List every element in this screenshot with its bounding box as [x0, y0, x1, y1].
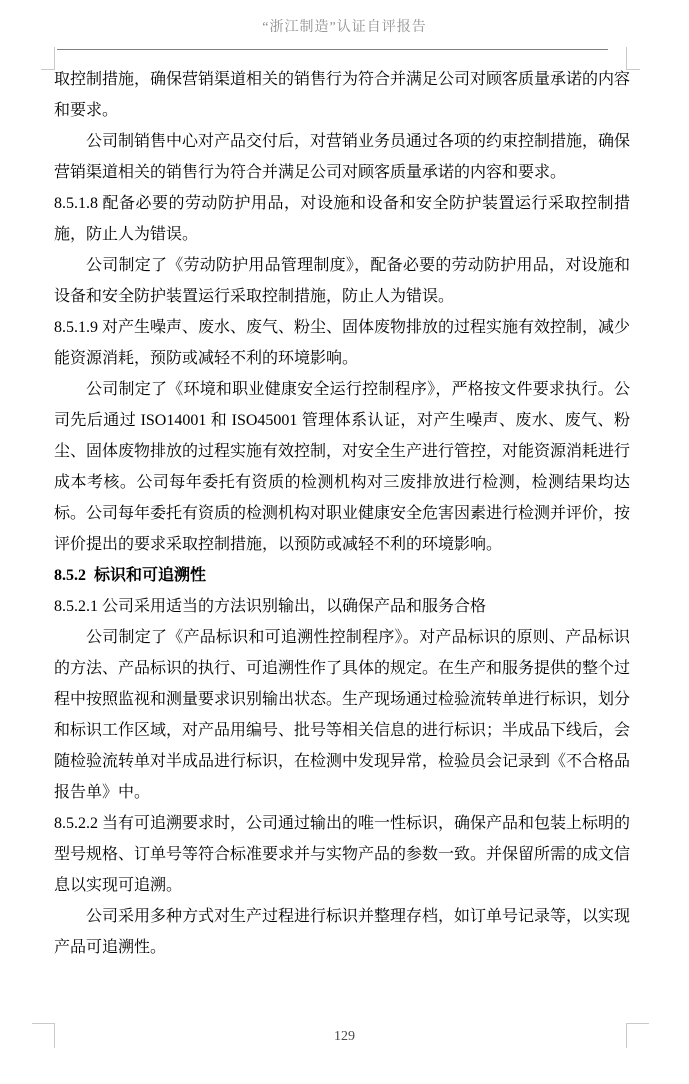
paragraph-indent: 公司制销售中心对产品交付后，对营销业务员通过各项的约束控制措施，确保营销渠道相关…	[54, 126, 630, 188]
page-number: 129	[0, 1029, 689, 1045]
paragraph-clause: 8.5.1.9 对产生噪声、废水、废气、粉尘、固体废物排放的过程实施有效控制，减…	[54, 312, 630, 374]
paragraph-indent: 公司采用多种方式对生产过程进行标识并整理存档，如订单号记录等，以实现产品可追溯性…	[54, 901, 630, 963]
paragraph-clause: 8.5.2.2 当有可追溯要求时，公司通过输出的唯一性标识，确保产品和包装上标明…	[54, 808, 630, 901]
header-rule	[57, 49, 608, 50]
paragraph-plain: 取控制措施，确保营销渠道相关的销售行为符合并满足公司对顾客质量承诺的内容和要求。	[54, 64, 630, 126]
margin-crop-mark-top-left	[41, 47, 55, 70]
paragraph-clause: 8.5.2.1 公司采用适当的方法识别输出，以确保产品和服务合格	[54, 591, 630, 622]
header-title: “浙江制造”认证自评报告	[0, 16, 689, 36]
paragraph-indent: 公司制定了《产品标识和可追溯性控制程序》。对产品标识的原则、产品标识的方法、产品…	[54, 622, 630, 808]
document-body: 取控制措施，确保营销渠道相关的销售行为符合并满足公司对顾客质量承诺的内容和要求。…	[54, 64, 630, 963]
paragraph-clause: 8.5.1.8 配备必要的劳动防护用品，对设施和设备和安全防护装置运行采取控制措…	[54, 188, 630, 250]
paragraph-heading: 8.5.2 标识和可追溯性	[54, 560, 630, 591]
paragraph-indent: 公司制定了《环境和职业健康安全运行控制程序》，严格按文件要求执行。公司先后通过 …	[54, 374, 630, 560]
paragraph-list: 取控制措施，确保营销渠道相关的销售行为符合并满足公司对顾客质量承诺的内容和要求。…	[54, 64, 630, 963]
document-page: “浙江制造”认证自评报告 取控制措施，确保营销渠道相关的销售行为符合并满足公司对…	[0, 0, 689, 1084]
paragraph-indent: 公司制定了《劳动防护用品管理制度》，配备必要的劳动防护用品，对设施和设备和安全防…	[54, 250, 630, 312]
